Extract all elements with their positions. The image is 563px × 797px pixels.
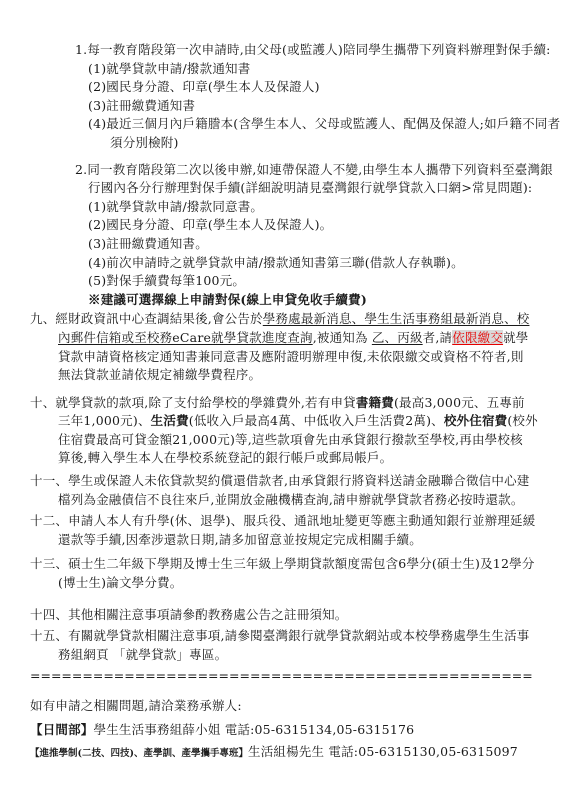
phone-numbers: 05-6315134,05-6315176 <box>255 722 415 737</box>
section-14-block: 十四、其他相關注意事項請參酌教務處公告之註冊須知。 <box>0 606 563 625</box>
text-segment: (3)註冊繳費通知書。 <box>88 236 208 251</box>
text-line: (4)最近三個月內戶籍謄本(含學生本人、父母或監護人、配偶及保證人;如戶籍不同者 <box>0 115 563 134</box>
text-segment: 住宿費最高可貸金額21,000元)等,這些款項會先由承貸銀行撥款至學校,再由學校… <box>58 432 523 447</box>
text-line: 住宿費最高可貸金額21,000元)等,這些款項會先由承貸銀行撥款至學校,再由學校… <box>0 431 563 450</box>
section-15-block: 十五、有關就學貸款相關注意事項,請參閱臺灣銀行就學貸款網站或本校學務處學生生活事… <box>0 627 563 664</box>
text-segment: (校外 <box>507 413 537 428</box>
contact-intro-block: 如有申請之相關問題,請洽業務承辦人: <box>0 697 563 716</box>
text-segment: 還款等手續,因牽涉還款日期,請多加留意並按規定完成相關手續。 <box>58 532 422 547</box>
divider-line: ========================================… <box>0 667 532 686</box>
book-fee-bold: 書籍費 <box>356 395 394 410</box>
text-line: 內郵件信箱或至校務eCare就學貸款進度查詢,被通知為 乙、丙級者,請依限繳交就… <box>0 329 563 348</box>
online-application-note: ※建議可選擇線上申請對保(線上申貸免收手續費) <box>88 292 367 307</box>
text-segment: 三年1,000元)、 <box>58 413 151 428</box>
document-page: 1.每一教育階段第一次申請時,由父母(或監護人)陪同學生攜帶下列資料辦理對保手續… <box>0 0 563 797</box>
text-line: 貸款申請資格核定通知書兼同意書及應附證明辦理申復,未依限繳交或資格不符者,則 <box>0 348 563 367</box>
text-segment: 就學 <box>503 330 528 345</box>
contact-person: 學生生活事務組薛小姐 電話: <box>94 722 255 737</box>
continuing-education-bracket: 【進推學制(二技、四技)、產學訓、產學攜手專班】 <box>30 748 248 759</box>
text-line: 1.每一教育階段第一次申請時,由父母(或監護人)陪同學生攜帶下列資料辦理對保手續… <box>0 41 563 60</box>
text-line: ※建議可選擇線上申請對保(線上申貸免收手續費) <box>0 291 563 310</box>
text-line: (5)對保手續費每筆100元。 <box>0 272 563 291</box>
text-segment: (1)就學貸款申請/撥款通知書 <box>88 61 250 76</box>
text-segment: 務組網頁 「就學貸款」專區。 <box>58 647 227 662</box>
text-line: 務組網頁 「就學貸款」專區。 <box>0 646 563 665</box>
text-line: (2)國民身分證、印章(學生本人及保證人)。 <box>0 216 563 235</box>
text-line: 2.同一教育階段第二次以後申辦,如連帶保證人不變,由學生本人攜帶下列資料至臺灣銀 <box>0 161 563 180</box>
text-segment: 算後,轉入學生本人在學校系統登記的銀行帳戶或郵局帳戶。 <box>58 450 392 465</box>
text-segment: (4)最近三個月內戶籍謄本(含學生本人、父母或監護人、配偶及保證人;如戶籍不同者 <box>88 116 560 131</box>
announcement-channels-underline: 內郵件信箱或至校務eCare就學貸款進度查詢 <box>58 330 313 345</box>
contact-continuing-ed-block: 【進推學制(二技、四技)、產學訓、產學攜手專班】生活組楊先生 電話:05-631… <box>0 743 563 764</box>
text-segment: 十二、申請人本人有升學(休、退學)、服兵役、通訊地址變更等應主動通知銀行並辦理延… <box>30 513 535 528</box>
text-segment: (3)註冊繳費通知書 <box>88 98 195 113</box>
off-campus-housing-bold: 校外住宿費 <box>444 413 508 428</box>
text-line: 【日間部】學生生活事務組薛小姐 電話:05-6315134,05-6315176 <box>0 721 563 740</box>
text-segment: 檔列為金融債信不良往來戶,並開放金融機構查詢,請申辦就學貸款者務必按時還款。 <box>58 492 524 507</box>
text-segment: (1)就學貸款申請/撥款同意書。 <box>88 199 263 214</box>
text-line: 行國內各分行辦理對保手續(詳細說明請見臺灣銀行就學貸款入口網>常見問題): <box>0 179 563 198</box>
deadline-highlight: 依限繳交 <box>452 330 503 345</box>
text-line: 無法貸款並請依規定補繳學費程序。 <box>0 366 563 385</box>
text-line: 九、經財政資訊中心查調結果後,會公告於學務處最新消息、學生生活事務組最新消息、校 <box>0 310 563 329</box>
text-line: 還款等手續,因牽涉還款日期,請多加留意並按規定完成相關手續。 <box>0 531 563 550</box>
text-segment: (2)國民身分證、印章(學生本人及保證人) <box>88 79 320 94</box>
text-line: 算後,轉入學生本人在學校系統登記的銀行帳戶或郵局帳戶。 <box>0 449 563 468</box>
text-line: (博士生)論文學分費。 <box>0 574 563 593</box>
text-segment: 十三、碩士生二年級下學期及博士生三年級上學期貸款額度需包含6學分(碩士生)及12… <box>30 556 535 571</box>
text-segment: (5)對保手續費每筆100元。 <box>88 273 245 288</box>
list-item-2-block: 2.同一教育階段第二次以後申辦,如連帶保證人不變,由學生本人攜帶下列資料至臺灣銀… <box>0 161 563 310</box>
text-segment: 須分別檢附) <box>110 135 179 150</box>
phone-numbers: 05-6315130,05-6315097 <box>358 744 518 759</box>
text-line: 如有申請之相關問題,請洽業務承辦人: <box>0 697 563 716</box>
section-9-block: 九、經財政資訊中心查調結果後,會公告於學務處最新消息、學生生活事務組最新消息、校… <box>0 310 563 384</box>
text-segment: 十五、有關就學貸款相關注意事項,請參閱臺灣銀行就學貸款網站或本校學務處學生生活事 <box>30 628 529 643</box>
text-segment: 無法貸款並請依規定補繳學費程序。 <box>58 367 261 382</box>
text-segment: 1.每一教育階段第一次申請時,由父母(或監護人)陪同學生攜帶下列資料辦理對保手續… <box>75 42 551 57</box>
text-segment: (2)國民身分證、印章(學生本人及保證人)。 <box>88 217 332 232</box>
text-line: 十五、有關就學貸款相關注意事項,請參閱臺灣銀行就學貸款網站或本校學務處學生生活事 <box>0 627 563 646</box>
text-line: (3)註冊繳費通知書 <box>0 97 563 116</box>
text-line: 十三、碩士生二年級下學期及博士生三年級上學期貸款額度需包含6學分(碩士生)及12… <box>0 555 563 574</box>
text-segment: (博士生)論文學分費。 <box>58 575 182 590</box>
section-12-block: 十二、申請人本人有升學(休、退學)、服兵役、通訊地址變更等應主動通知銀行並辦理延… <box>0 512 563 549</box>
grade-bc-underline: 乙、丙級 <box>372 330 423 345</box>
text-segment: 十、就學貸款的款項,除了支付給學校的學雜費外,若有申貸 <box>30 395 356 410</box>
text-line: (1)就學貸款申請/撥款通知書 <box>0 60 563 79</box>
text-segment: 九、經財政資訊中心查調結果後,會公告於 <box>30 311 263 326</box>
text-line: (3)註冊繳費通知書。 <box>0 235 563 254</box>
text-segment: 貸款申請資格核定通知書兼同意書及應附證明辦理申復,未依限繳交或資格不符者,則 <box>58 349 524 364</box>
text-segment: 行國內各分行辦理對保手續(詳細說明請見臺灣銀行就學貸款入口網>常見問題): <box>88 180 532 195</box>
day-division-bracket: 【日間部】 <box>30 722 94 737</box>
text-segment: 2.同一教育階段第二次以後申辦,如連帶保證人不變,由學生本人攜帶下列資料至臺灣銀 <box>75 162 553 177</box>
text-segment: ,被通知為 <box>313 330 372 345</box>
text-line: (1)就學貸款申請/撥款同意書。 <box>0 198 563 217</box>
section-13-block: 十三、碩士生二年級下學期及博士生三年級上學期貸款額度需包含6學分(碩士生)及12… <box>0 555 563 592</box>
divider-equals: ========================================… <box>30 668 532 683</box>
document-body: 1.每一教育階段第一次申請時,由父母(或監護人)陪同學生攜帶下列資料辦理對保手續… <box>0 41 563 764</box>
text-segment: 十四、其他相關注意事項請參酌教務處公告之註冊須知。 <box>30 607 348 622</box>
text-line: 十二、申請人本人有升學(休、退學)、服兵役、通訊地址變更等應主動通知銀行並辦理延… <box>0 512 563 531</box>
divider-block: ========================================… <box>0 667 563 686</box>
contact-day-division-block: 【日間部】學生生活事務組薛小姐 電話:05-6315134,05-6315176 <box>0 721 563 740</box>
contact-person: 生活組楊先生 電話: <box>248 744 358 759</box>
living-expense-bold: 生活費 <box>151 413 189 428</box>
text-line: 【進推學制(二技、四技)、產學訓、產學攜手專班】生活組楊先生 電話:05-631… <box>0 743 563 764</box>
text-segment: (最高3,000元、五專前 <box>394 395 525 410</box>
text-line: 檔列為金融債信不良往來戶,並開放金融機構查詢,請申辦就學貸款者務必按時還款。 <box>0 491 563 510</box>
text-segment: 如有申請之相關問題,請洽業務承辦人: <box>30 698 242 713</box>
text-segment: (4)前次申請時之就學貸款申請/撥款通知書第三聯(借款人存執聯)。 <box>88 255 464 270</box>
list-item-1-block: 1.每一教育階段第一次申請時,由父母(或監護人)陪同學生攜帶下列資料辦理對保手續… <box>0 41 563 153</box>
text-line: 三年1,000元)、生活費(低收入戶最高4萬、中低收入戶生活費2萬)、校外住宿費… <box>0 412 563 431</box>
text-line: (4)前次申請時之就學貸款申請/撥款通知書第三聯(借款人存執聯)。 <box>0 254 563 273</box>
text-segment: 者,請 <box>423 330 453 345</box>
text-line: (2)國民身分證、印章(學生本人及保證人) <box>0 78 563 97</box>
text-segment: (低收入戶最高4萬、中低收入戶生活費2萬)、 <box>189 413 444 428</box>
section-11-block: 十一、學生或保證人未依貸款契約償還借款者,由承貸銀行將資料送請金融聯合徵信中心建… <box>0 472 563 509</box>
section-10-block: 十、就學貸款的款項,除了支付給學校的學雜費外,若有申貸書籍費(最高3,000元、… <box>0 394 563 468</box>
text-line: 十四、其他相關注意事項請參酌教務處公告之註冊須知。 <box>0 606 563 625</box>
text-line: 十、就學貸款的款項,除了支付給學校的學雜費外,若有申貸書籍費(最高3,000元、… <box>0 394 563 413</box>
text-segment: 十一、學生或保證人未依貸款契約償還借款者,由承貸銀行將資料送請金融聯合徵信中心建 <box>30 473 529 488</box>
announcement-channels-underline: 學務處最新消息、學生生活事務組最新消息、校 <box>263 311 530 326</box>
text-line: 須分別檢附) <box>0 134 563 153</box>
text-line: 十一、學生或保證人未依貸款契約償還借款者,由承貸銀行將資料送請金融聯合徵信中心建 <box>0 472 563 491</box>
